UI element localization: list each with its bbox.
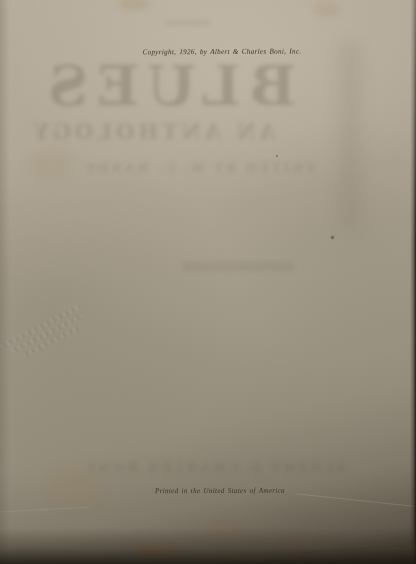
page-bottom-edge-shadow [0, 528, 416, 564]
ghost-showthrough-subtitle: AN ANTHOLOGY [62, 119, 276, 144]
embossed-stamp-ridge [0, 305, 81, 349]
copyright-line: Copyright, 1926, by Albert & Charles Bon… [14, 47, 416, 57]
paper-crease [0, 507, 90, 513]
embossed-blind-stamp [0, 301, 101, 389]
ghost-showthrough-publisher: ALBERT & CHARLES BONI [103, 461, 347, 476]
foxing-stain [281, 539, 299, 549]
page-right-edge-soften [410, 0, 416, 240]
book-page-scan: BLUES AN ANTHOLOGY EDITED BY W. C. HANDY… [0, 0, 416, 564]
ghost-showthrough-title: BLUES [50, 54, 296, 118]
ink-speck [331, 236, 334, 239]
paper-crease [296, 493, 416, 507]
paper-crease [300, 544, 416, 553]
foxing-stain [118, 0, 150, 11]
ghost-showthrough-faint-line [182, 262, 294, 271]
embossed-stamp-ridge [23, 324, 82, 358]
foxing-stain [313, 2, 341, 17]
printed-in-usa-line: Printed in the United States of America [12, 486, 416, 495]
page-right-edge-shadow [410, 0, 416, 564]
foxing-stain [210, 522, 236, 534]
foxing-stain [138, 545, 176, 559]
ink-speck [276, 155, 278, 157]
ghost-showthrough-faint-smudge [165, 20, 211, 26]
foxing-stain [28, 148, 72, 180]
ghost-showthrough-byline: EDITED BY W. C. HANDY [95, 161, 315, 175]
embossed-stamp-ridge [12, 313, 84, 353]
paper-tone-band [338, 40, 362, 230]
page-left-shading [0, 0, 10, 564]
